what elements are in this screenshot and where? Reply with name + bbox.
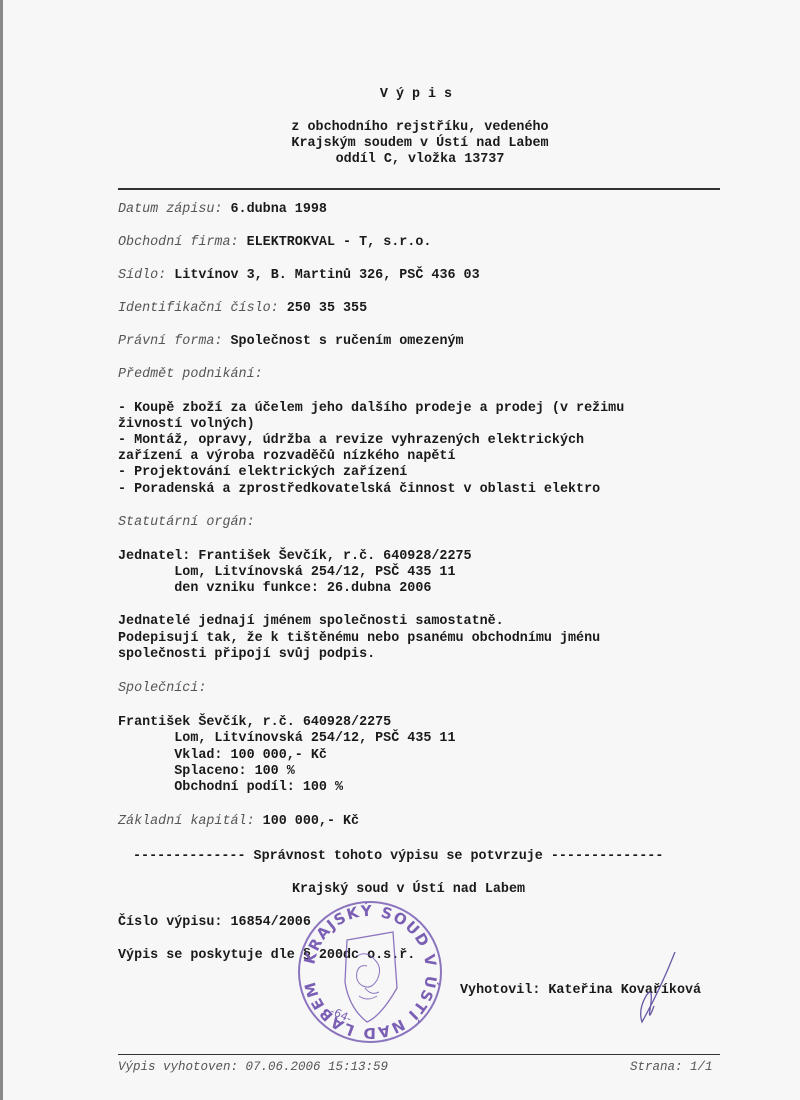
field-sidlo: Sídlo: Litvínov 3, B. Martinů 326, PSČ 4… xyxy=(118,268,480,284)
header-divider xyxy=(118,188,720,190)
label: Sídlo: xyxy=(118,268,166,283)
label: Právní forma: xyxy=(118,334,222,349)
footer-divider xyxy=(118,1054,720,1055)
spolecnik-line: Splaceno: 100 % xyxy=(118,764,295,780)
jednatel-line: den vzniku funkce: 26.dubna 2006 xyxy=(118,581,431,597)
jednani-line: Podepisují tak, že k tištěnému nebo psan… xyxy=(118,631,600,647)
jednani-line: společnosti připojí svůj podpis. xyxy=(118,647,375,663)
predmet-line: - Projektování elektrických zařízení xyxy=(118,465,407,481)
vyhotoven-timestamp: Výpis vyhotoven: 07.06.2006 15:13:59 xyxy=(118,1059,388,1075)
field-datum-zapisu: Datum zápisu: 6.dubna 1998 xyxy=(118,202,327,218)
spolecnik-line: Lom, Litvínovská 254/12, PSČ 435 11 xyxy=(118,731,456,747)
predmet-label: Předmět podnikání: xyxy=(118,367,263,383)
field-zakladni-kapital: Základní kapitál: 100 000,- Kč xyxy=(118,814,359,830)
signature-icon xyxy=(620,950,690,1030)
court-name: Krajský soud v Ústí nad Labem xyxy=(292,882,525,898)
predmet-line: - Poradenská a zprostředkovatelská činno… xyxy=(118,482,600,498)
spolecnik-line: František Ševčík, r.č. 640928/2275 xyxy=(118,715,391,731)
jednatel-line: Lom, Litvínovská 254/12, PSČ 435 11 xyxy=(118,565,456,581)
label: Identifikační číslo: xyxy=(118,301,279,316)
value: Litvínov 3, B. Martinů 326, PSČ 436 03 xyxy=(174,268,479,283)
document-title: Výpis xyxy=(0,87,800,103)
confirmation-line: -------------- Správnost tohoto výpisu s… xyxy=(133,849,663,865)
value: 250 35 355 xyxy=(287,301,367,316)
court-stamp-icon: KRAJSKÝ SOUD V ÚSTÍ NAD LABEM -64- xyxy=(295,898,445,1046)
spolecnik-line: Obchodní podíl: 100 % xyxy=(118,780,343,796)
subtitle-line-1: z obchodního rejstříku, vedeného xyxy=(0,120,800,136)
value: 100 000,- Kč xyxy=(263,814,359,829)
page-number: Strana: 1/1 xyxy=(630,1059,713,1075)
spolecnik-line: Vklad: 100 000,- Kč xyxy=(118,748,327,764)
spolecnici-label: Společníci: xyxy=(118,681,206,697)
value: ELEKTROKVAL - T, s.r.o. xyxy=(247,235,432,250)
label: Základní kapitál: xyxy=(118,814,255,829)
predmet-line: - Koupě zboží za účelem jeho dalšího pro… xyxy=(118,401,624,417)
value: 6.dubna 1998 xyxy=(231,202,327,217)
value: Společnost s ručením omezeným xyxy=(231,334,464,349)
jednani-line: Jednatelé jednají jménem společnosti sam… xyxy=(118,614,504,630)
label: Datum zápisu: xyxy=(118,202,222,217)
jednatel-line: Jednatel: František Ševčík, r.č. 640928/… xyxy=(118,549,472,565)
field-pravni-forma: Právní forma: Společnost s ručením omeze… xyxy=(118,334,464,350)
field-obchodni-firma: Obchodní firma: ELEKTROKVAL - T, s.r.o. xyxy=(118,235,431,251)
predmet-line: - Montáž, opravy, údržba a revize vyhraz… xyxy=(118,433,584,449)
label: Obchodní firma: xyxy=(118,235,239,250)
predmet-line: zařízení a výroba rozvaděčů nízkého napě… xyxy=(118,449,456,465)
predmet-line: živností volných) xyxy=(118,417,255,433)
subtitle-line-3: oddíl C, vložka 13737 xyxy=(0,152,800,168)
statutarni-label: Statutární orgán: xyxy=(118,515,255,531)
cislo-vypisu: Číslo výpisu: 16854/2006 xyxy=(118,915,311,931)
field-ico: Identifikační číslo: 250 35 355 xyxy=(118,301,367,317)
subtitle-line-2: Krajským soudem v Ústí nad Labem xyxy=(0,136,800,152)
